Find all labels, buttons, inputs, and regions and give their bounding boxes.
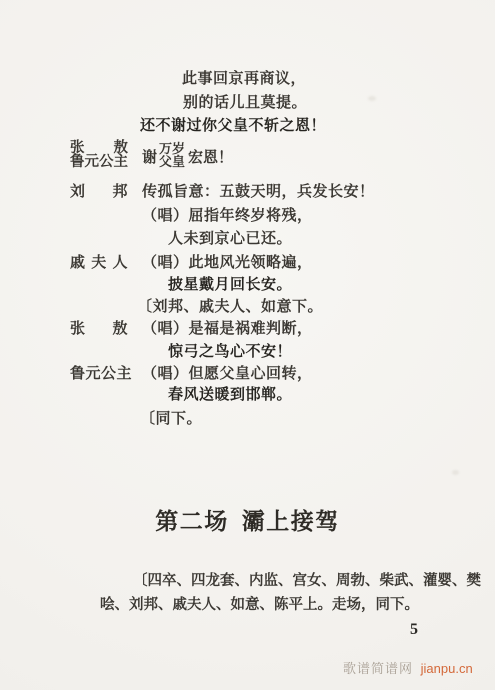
sung-line: （唱）此地风光领略遍，	[142, 255, 313, 271]
speaker-name: 鲁元公主	[70, 156, 128, 170]
stage-direction: 〔同下。	[140, 411, 202, 427]
joint-dialogue-line: 谢 万岁 父皇 宏恩！	[142, 140, 233, 172]
scan-smudge	[452, 470, 459, 475]
stage-direction: 哙、刘邦、戚夫人、如意、陈平上。走场，同下。	[100, 597, 419, 613]
sung-line: （唱）但愿父皇心回转，	[142, 366, 313, 382]
watermark-domain: jianpu.cn	[421, 661, 473, 676]
joint-dialogue-stack: 万岁 父皇	[159, 142, 185, 169]
sung-line-continuation: 人未到京心已还。	[168, 231, 292, 247]
scene-title: 第二场灞上接驾	[0, 503, 495, 536]
scan-smudge	[368, 96, 376, 101]
joint-speaker-names: 张敖 鲁元公主	[70, 142, 128, 169]
verse-line: 别的话儿且莫提。	[183, 95, 307, 111]
page-number: 5	[410, 621, 418, 639]
dialogue-line: 传孤旨意：五鼓天明，兵发长安！	[142, 184, 375, 200]
joint-dialogue-prefix: 谢	[142, 146, 157, 167]
sung-line-continuation: 春风送暖到邯郸。	[168, 387, 292, 403]
speaker-name: 刘邦	[70, 184, 128, 200]
stage-direction: 〔四卒、四龙套、内监、宫女、周勃、柴武、灌婴、樊	[133, 573, 481, 589]
speaker-name: 戚夫人	[70, 255, 128, 271]
sung-line: （唱）是福是祸难判断，	[142, 321, 313, 337]
sung-line-continuation: 披星戴月回长安。	[168, 277, 292, 293]
scene-title-number: 第二场	[155, 509, 229, 534]
sung-line-continuation: 惊弓之鸟心不安！	[168, 344, 292, 360]
speaker-name: 张敖	[70, 321, 128, 337]
stage-direction: 〔刘邦、戚夫人、如意下。	[137, 299, 323, 315]
watermark: 歌谱简谱网 jianpu.cn	[343, 661, 473, 676]
sung-line: （唱）屈指年终岁将残，	[142, 208, 313, 224]
stacked-word-top: 万岁	[159, 142, 185, 156]
verse-line: 此事回京再商议，	[182, 71, 306, 87]
speaker-name: 鲁元公主	[70, 366, 128, 382]
joint-dialogue-suffix: 宏恩！	[188, 146, 233, 167]
scanned-script-page: 此事回京再商议， 别的话儿且莫提。 还不谢过你父皇不斩之恩！ 张敖 鲁元公主 谢…	[0, 0, 495, 690]
stacked-word-bottom: 父皇	[159, 155, 185, 169]
verse-line: 还不谢过你父皇不斩之恩！	[140, 118, 326, 134]
watermark-site-name: 歌谱简谱网	[343, 661, 413, 676]
scene-title-name: 灞上接驾	[242, 509, 340, 534]
